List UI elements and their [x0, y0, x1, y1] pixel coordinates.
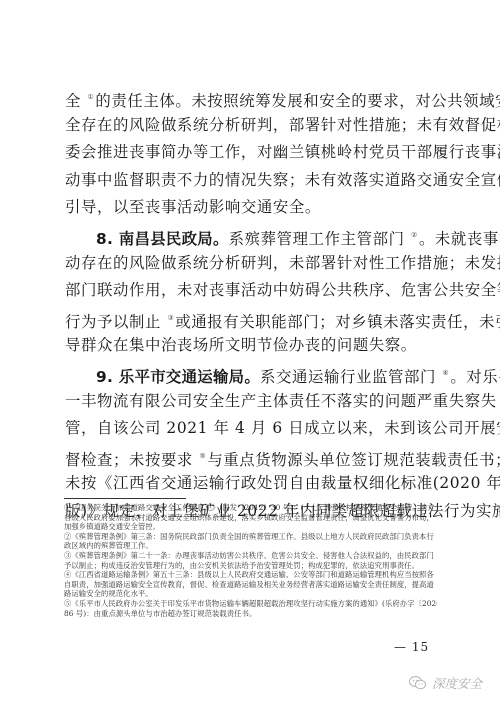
- section-8-first-line: 8. 南昌县民政局。系殡葬管理工作主管部门 ②。未就丧事活: [65, 222, 437, 250]
- footnote-line: ③《殡葬管理条例》第二十一条：办理丧事活动妨害公共秩序、危害公共安全、侵害他人合…: [64, 551, 437, 561]
- text-line: 一丰物流有限公司安全生产主体责任不落实的问题严重失察失: [65, 388, 437, 416]
- footnote-line: 路运输安全的规范化水平。: [64, 589, 437, 599]
- text-segment: 与重点货物源头单位签订规范装载责任书；: [207, 451, 500, 469]
- watermark-text: 深度安全: [432, 674, 482, 692]
- body-text: 全 ①的责任主体。未按照统筹发展和安全的要求，对公共领域安 全存在的风险做系统分…: [65, 84, 437, 526]
- text-segment: 。未就丧事活: [419, 230, 500, 248]
- footnote-line: 政区域内的殡葬管理工作。: [64, 541, 437, 551]
- text-line: 全 ①的责任主体。未按照统筹发展和安全的要求，对公共领域安: [65, 84, 437, 112]
- footnotes: ①《国务院关于加强道路交通安全工作的意见》(国发〔2012〕30 号)：(十七)…: [64, 503, 437, 618]
- footnote-ref-5[interactable]: ⑤: [199, 452, 206, 460]
- section-8-heading: 8. 南昌县民政局。: [96, 230, 229, 248]
- document-page: 全 ①的责任主体。未按照统筹发展和安全的要求，对公共领域安 全存在的风险做系统分…: [0, 0, 500, 707]
- text-line: 动存在的风险做系统分析研判，未部署针对性工作措施；未发挥: [65, 250, 437, 278]
- footnote-line: 予以制止；构成违反治安管理行为的，由公安机关依法给予治安管理处罚；构成犯罪的，依…: [64, 561, 437, 571]
- footnote-line: ①《国务院关于加强道路交通安全工作的意见》(国发〔2012〕30 号)：(十七)…: [64, 503, 437, 513]
- text-line: 督检查；未按要求 ⑤与重点货物源头单位签订规范装载责任书；: [65, 443, 437, 471]
- footnote-line: 加强乡镇道路交通安全管控。: [64, 522, 437, 532]
- page-number: — 15: [394, 640, 429, 654]
- text-segment: 全: [65, 92, 86, 110]
- text-line: 全存在的风险做系统分析研判，部署针对性措施；未有效督促村: [65, 112, 437, 140]
- footnote-ref-3[interactable]: ③: [167, 314, 174, 322]
- footnote-line: 自职责，加强道路运输安全宣传教育，督促、检查道路运输及相关业务经营者落实道路运输…: [64, 580, 437, 590]
- section-9-heading: 9. 乐平市交通运输局。: [96, 368, 260, 386]
- text-line: 行为予以制止 ③或通报有关职能部门；对乡镇未落实责任，未引: [65, 305, 437, 333]
- footnote-5: ⑤《乐平市人民政府办公室关于印发乐平市货物运输车辆超限超载治理攻坚行动实施方案的…: [64, 599, 437, 618]
- watermark: 深度安全: [408, 674, 482, 692]
- footnote-ref-4[interactable]: ④: [442, 369, 449, 377]
- footnote-ref-1[interactable]: ①: [87, 93, 94, 101]
- footnote-line: ⑤《乐平市人民政府办公室关于印发乐平市货物运输车辆超限超载治理攻坚行动实施方案的…: [64, 599, 437, 609]
- text-segment: 系殡葬管理工作主管部门: [229, 230, 410, 248]
- footnote-4: ④《江西省道路运输条例》第五十三条：县级以上人民政府交通运输、公安等部门和道路运…: [64, 570, 437, 599]
- text-line: 部门联动作用，未对丧事活动中妨碍公共秩序、危害公共安全等: [65, 277, 437, 305]
- footnote-1: ①《国务院关于加强道路交通安全工作的意见》(国发〔2012〕30 号)：(十七)…: [64, 503, 437, 532]
- footnote-line: ④《江西省道路运输条例》第五十三条：县级以上人民政府交通运输、公安等部门和道路运…: [64, 570, 437, 580]
- text-line: 引导，以至丧事活动影响交通安全。: [65, 194, 437, 222]
- footnote-3: ③《殡葬管理条例》第二十一条：办理丧事活动妨害公共秩序、危害公共安全、侵害他人合…: [64, 551, 437, 570]
- text-segment: 系交通运输行业监管部门: [260, 368, 441, 386]
- footnote-2: ②《殡葬管理条例》第三条：国务院民政部门负责全国的殡葬管理工作。县级以上地方人民…: [64, 532, 437, 551]
- wechat-icon: [408, 675, 428, 691]
- footnote-ref-2[interactable]: ②: [411, 231, 418, 239]
- text-segment: 的责任主体。未按照统筹发展和安全的要求，对公共领域安: [95, 92, 500, 110]
- section-9-first-line: 9. 乐平市交通运输局。系交通运输行业监管部门 ④。对乐平: [65, 360, 437, 388]
- text-segment: 行为予以制止: [65, 313, 166, 331]
- footnote-line: 86 号)：由重点源头单位与市治超办签订规范装载责任书。: [64, 609, 437, 619]
- footnote-divider: [64, 498, 186, 499]
- text-segment: 或通报有关职能部门；对乡镇未落实责任，未引: [175, 313, 500, 331]
- footnote-line: 各级人民政府要加强农村道路交通安全组织体系建设，落实乡镇政府安全监督管理责任，调…: [64, 513, 437, 523]
- text-segment: 督检查；未按要求: [65, 451, 198, 469]
- footnote-line: ②《殡葬管理条例》第三条：国务院民政部门负责全国的殡葬管理工作。县级以上地方人民…: [64, 532, 437, 542]
- text-line: 管，自该公司 2021 年 4 月 6 日成立以来，未到该公司开展安全监: [65, 415, 437, 443]
- text-line: 动事中监督职责不力的情况失察；未有效落实道路交通安全宣传: [65, 167, 437, 195]
- text-line: 委会推进丧事简办等工作，对幽兰镇桃岭村党员干部履行丧事活: [65, 139, 437, 167]
- text-segment: 。对乐平: [450, 368, 500, 386]
- text-line: 未按《江西省交通运输行政处罚自由裁量权细化标准(2020 年: [65, 470, 437, 498]
- text-line: 导群众在集中治丧场所文明节俭办丧的问题失察。: [65, 332, 437, 360]
